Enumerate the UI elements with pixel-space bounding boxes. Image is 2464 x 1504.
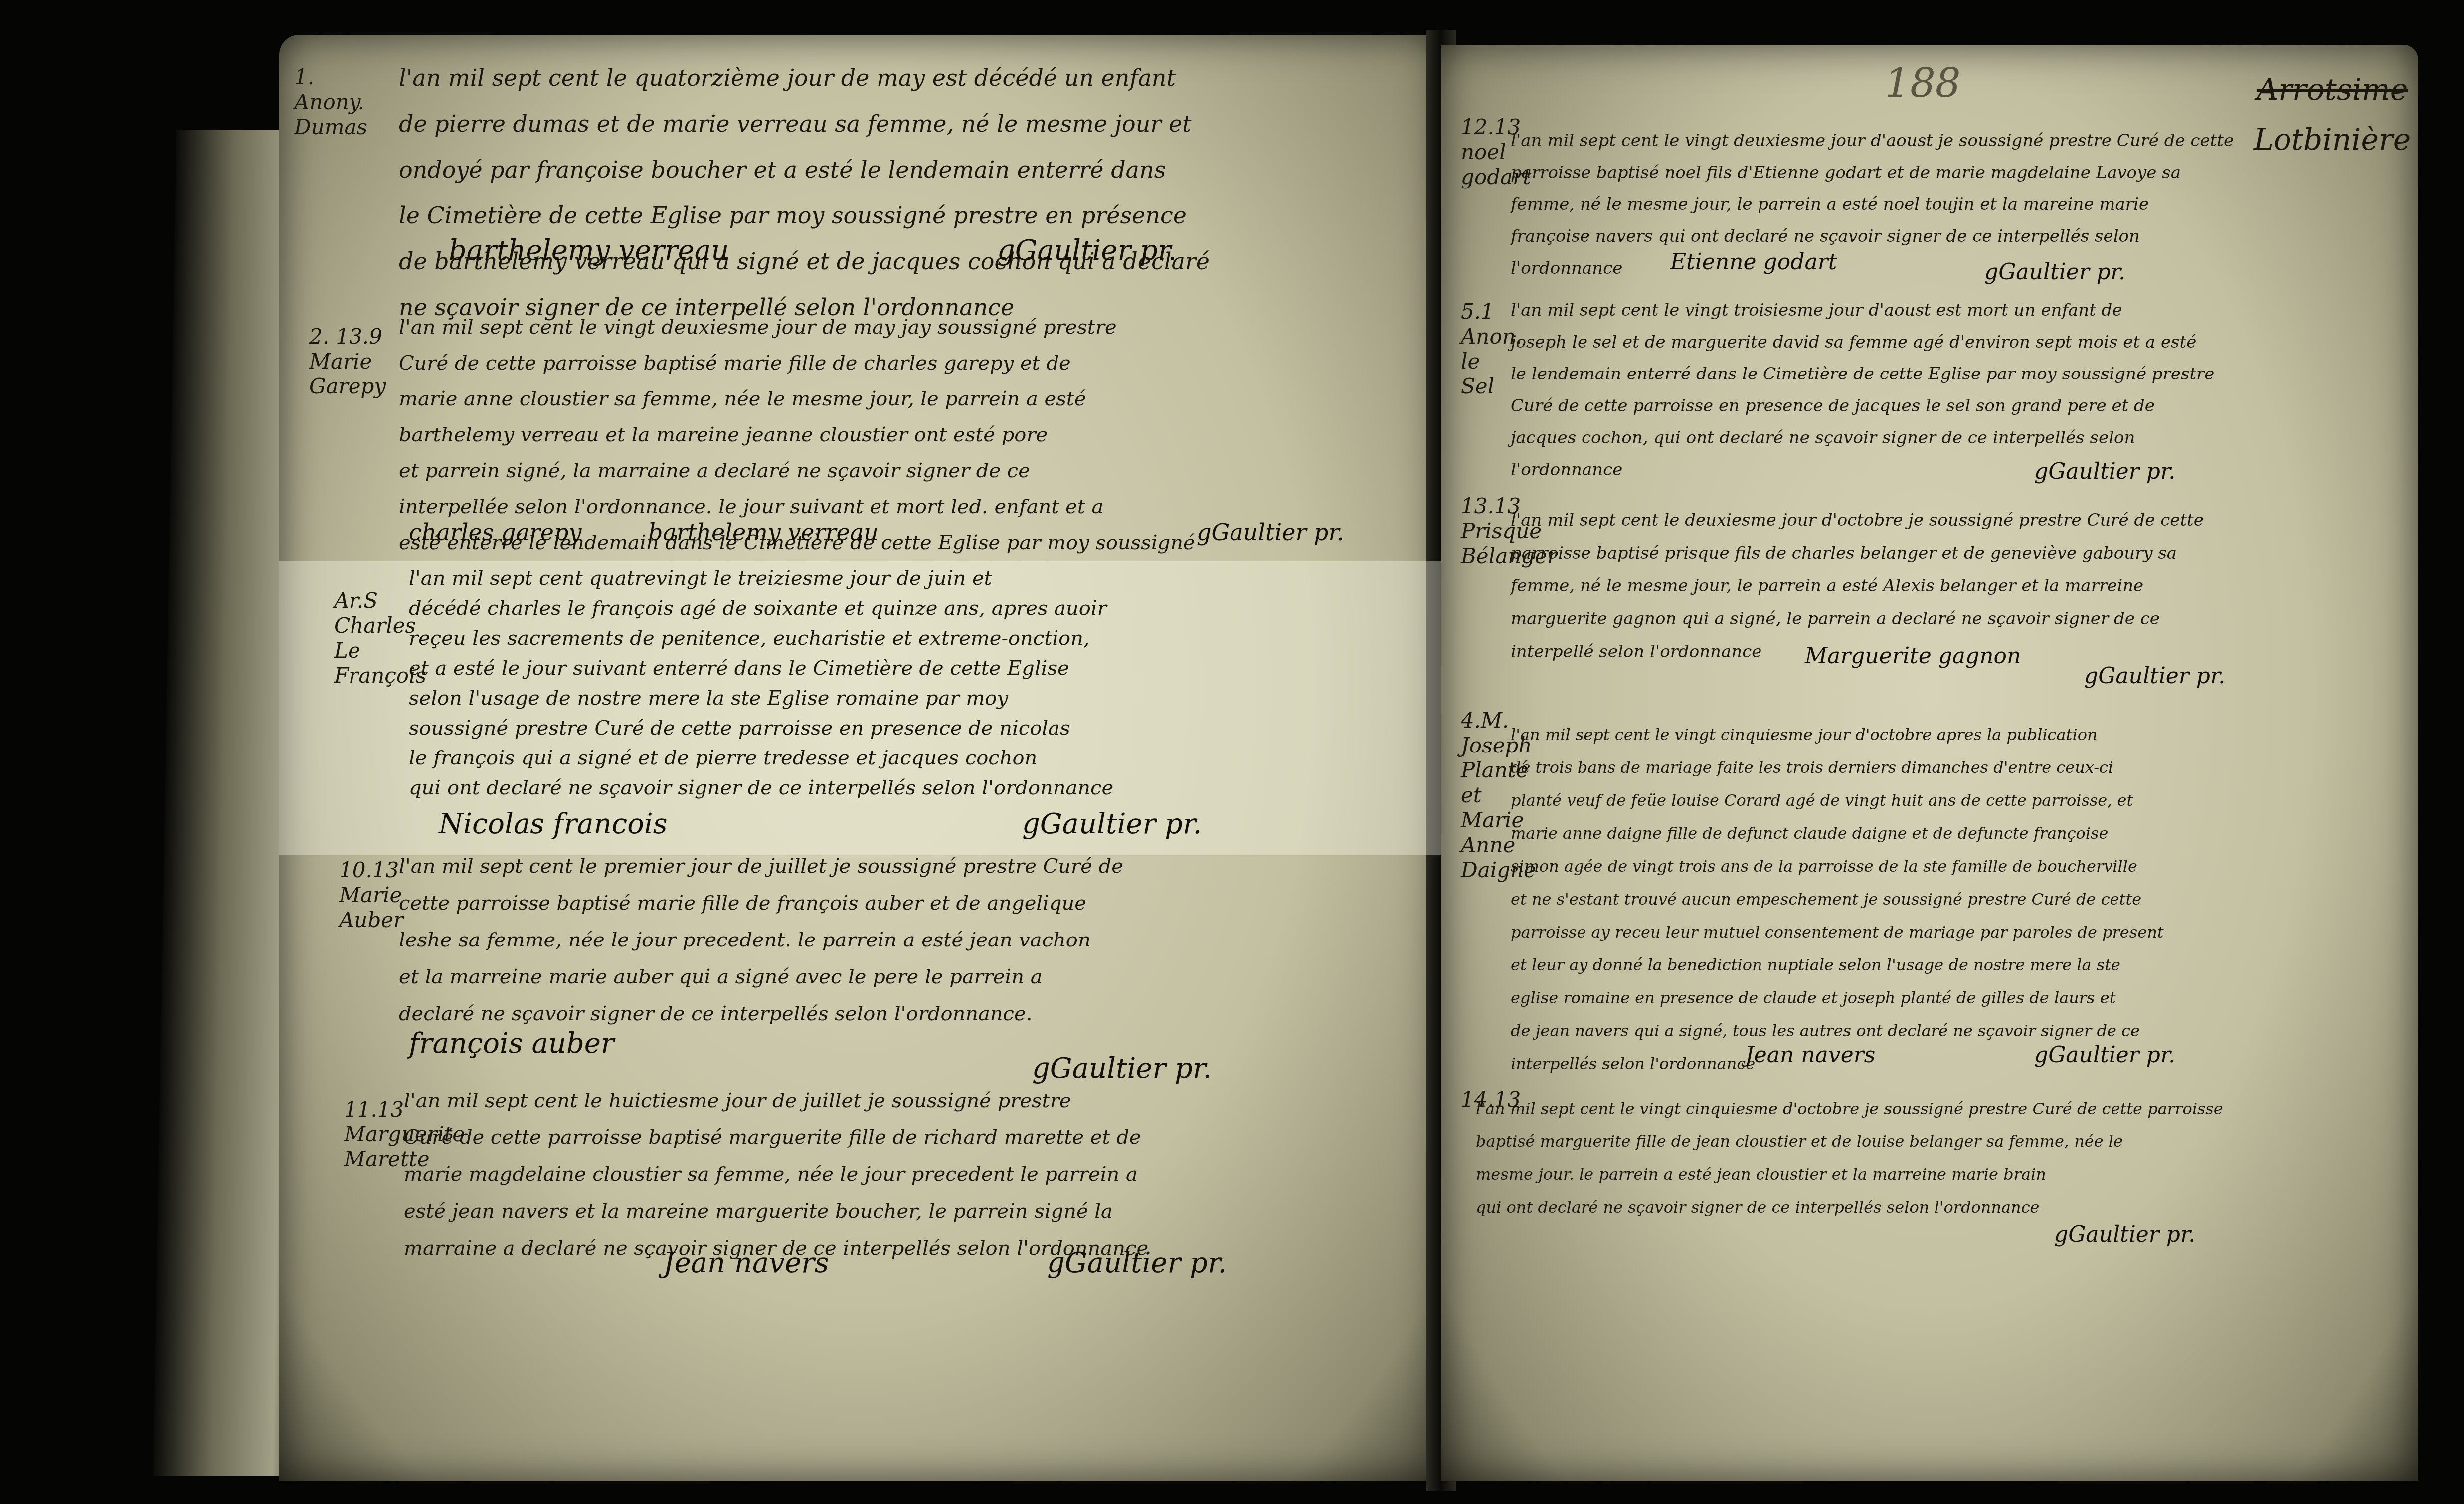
- margin-note: 13.13 Prisque Bélanger: [1461, 494, 1516, 568]
- register-entry: l'an mil sept cent le premier jour de ju…: [399, 848, 1123, 1032]
- signature: gGaultier pr.: [1197, 519, 1344, 546]
- entry-line: l'an mil sept cent le vingt cinquiesme d…: [1476, 1092, 2223, 1125]
- signature: Etienne godart: [1670, 249, 1837, 275]
- entry-line: l'an mil sept cent le vingt deuxiesme jo…: [1511, 125, 2234, 157]
- signature: Jean navers: [1745, 1042, 1875, 1068]
- entry-line: planté veuf de feüe louise Corard agé de…: [1511, 784, 2164, 817]
- signature: gGaultier pr.: [997, 234, 1177, 267]
- entry-line: esté jean navers et la mareine marguerit…: [404, 1193, 1148, 1230]
- entry-line: reçeu les sacrements de penitence, eucha…: [409, 623, 1113, 653]
- entry-line: mesme jour. le parrein a esté jean clous…: [1476, 1158, 2223, 1191]
- entry-line: le lendemain enterré dans le Cimetière d…: [1511, 358, 2214, 390]
- entry-line: l'an mil sept cent le quatorzième jour d…: [399, 55, 1210, 101]
- margin-note: 2. 13.9 Marie Garepy: [309, 324, 384, 399]
- entry-line: soussigné prestre Curé de cette parroiss…: [409, 713, 1113, 743]
- margin-note: 1. Anony. Dumas: [294, 65, 354, 140]
- signature: gGaultier pr.: [2034, 1042, 2175, 1068]
- register-entry: l'an mil sept cent quatrevingt le treizi…: [409, 564, 1113, 803]
- entry-line: l'an mil sept cent le huictiesme jour de…: [404, 1082, 1148, 1119]
- parish-header-name: Lotbinière: [2254, 115, 2411, 165]
- entry-line: barthelemy verreau et la mareine jeanne …: [399, 417, 1195, 453]
- signature: Nicolas francois: [439, 808, 668, 840]
- entry-line: l'an mil sept cent le premier jour de ju…: [399, 848, 1123, 885]
- margin-note: Ar.S Charles Le François: [334, 588, 394, 688]
- entry-line: baptisé marguerite fille de jean clousti…: [1476, 1125, 2223, 1158]
- entry-line: femme, né le mesme jour, le parrein a es…: [1511, 569, 2204, 602]
- entry-line: décédé charles le françois agé de soixan…: [409, 593, 1113, 623]
- entry-line: Curé de cette parroisse baptisé margueri…: [404, 1119, 1148, 1156]
- entry-line: de trois bans de mariage faite les trois…: [1511, 751, 2164, 784]
- signature: charles garepy: [409, 519, 581, 546]
- entry-line: l'an mil sept cent le deuxiesme jour d'o…: [1511, 504, 2204, 537]
- entry-line: parroisse baptisé prisque fils de charle…: [1511, 537, 2204, 569]
- entry-line: selon l'usage de nostre mere la ste Egli…: [409, 683, 1113, 713]
- entry-line: jacques cochon, qui ont declaré ne sçavo…: [1511, 422, 2214, 454]
- register-entry: l'an mil sept cent le vingt troisiesme j…: [1511, 294, 2214, 486]
- signature: gGaultier pr.: [2054, 1222, 2195, 1247]
- entry-line: l'an mil sept cent quatrevingt le treizi…: [409, 564, 1113, 593]
- entry-line: et a esté le jour suivant enterré dans l…: [409, 653, 1113, 683]
- entry-line: declaré ne sçavoir signer de ce interpel…: [399, 995, 1123, 1032]
- entry-line: françoise navers qui ont declaré ne sçav…: [1511, 220, 2234, 252]
- entry-line: Curé de cette parroisse baptisé marie fi…: [399, 345, 1195, 381]
- signature: Jean navers: [663, 1247, 829, 1279]
- entry-line: femme, né le mesme jour, le parrein a es…: [1511, 188, 2234, 220]
- entry-line: et leur ay donné la benediction nuptiale…: [1511, 948, 2164, 981]
- entry-line: cette parroisse baptisé marie fille de f…: [399, 885, 1123, 922]
- signature: gGaultier pr.: [1032, 1052, 1212, 1085]
- entry-line: Curé de cette parroisse en presence de j…: [1511, 390, 2214, 422]
- register-scan: 188 Arrotsime Lotbinière 1. Anony. Dumas…: [0, 0, 2464, 1504]
- entry-line: et la marreine marie auber qui a signé a…: [399, 958, 1123, 995]
- entry-line: l'an mil sept cent le vingt cinquiesme j…: [1511, 718, 2164, 751]
- signature: barthelemy verreau: [449, 234, 729, 267]
- entry-line: le Cimetière de cette Eglise par moy sou…: [399, 192, 1210, 238]
- margin-note: 4.M. Joseph Planté et Marie Anne Daigne: [1461, 708, 1516, 883]
- margin-note: 11.13 Marguerite Marette: [344, 1097, 404, 1172]
- margin-note: 5.1 Anon. le Sel: [1461, 299, 1516, 399]
- entry-line: qui ont declaré ne sçavoir signer de ce …: [1476, 1191, 2223, 1224]
- entry-line: simon agée de vingt trois ans de la parr…: [1511, 850, 2164, 883]
- entry-line: marie magdelaine cloustier sa femme, née…: [404, 1156, 1148, 1193]
- register-entry: l'an mil sept cent le vingt cinquiesme d…: [1476, 1092, 2223, 1224]
- entry-line: de pierre dumas et de marie verreau sa f…: [399, 101, 1210, 147]
- register-entry: l'an mil sept cent le huictiesme jour de…: [404, 1082, 1148, 1267]
- entry-line: qui ont declaré ne sçavoir signer de ce …: [409, 773, 1113, 803]
- signature: gGaultier pr.: [1022, 808, 1202, 840]
- signature: Marguerite gagnon: [1805, 643, 2021, 669]
- signature: gGaultier pr.: [2034, 459, 2175, 484]
- page-number: 188: [1885, 60, 1961, 106]
- signature: barthelemy verreau: [648, 519, 879, 546]
- entry-line: ondoyé par françoise boucher et a esté l…: [399, 147, 1210, 192]
- entry-line: et ne s'estant trouvé aucun empeschement…: [1511, 883, 2164, 916]
- parish-header-struck: Arrotsime: [2254, 65, 2411, 115]
- entry-line: l'an mil sept cent le vingt troisiesme j…: [1511, 294, 2214, 326]
- signature: gGaultier pr.: [1047, 1247, 1227, 1279]
- entry-line: le françois qui a signé et de pierre tre…: [409, 743, 1113, 773]
- entry-line: joseph le sel et de marguerite david sa …: [1511, 326, 2214, 358]
- entry-line: eglise romaine en presence de claude et …: [1511, 981, 2164, 1014]
- signature: gGaultier pr.: [1984, 259, 2125, 285]
- entry-line: parroisse baptisé noel fils d'Etienne go…: [1511, 157, 2234, 188]
- signature: gGaultier pr.: [2084, 663, 2225, 689]
- margin-note: 10.13 Marie Auber: [339, 858, 399, 933]
- entry-line: marie anne daigne fille de defunct claud…: [1511, 817, 2164, 850]
- entry-line: parroisse ay receu leur mutuel consentem…: [1511, 916, 2164, 948]
- margin-note: 12.13 noel godart: [1461, 115, 1516, 189]
- entry-line: l'an mil sept cent le vingt deuxiesme jo…: [399, 309, 1195, 345]
- entry-line: et parrein signé, la marraine a declaré …: [399, 453, 1195, 489]
- entry-line: leshe sa femme, née le jour precedent. l…: [399, 922, 1123, 958]
- register-entry: l'an mil sept cent le quatorzième jour d…: [399, 55, 1210, 330]
- entry-line: marguerite gagnon qui a signé, le parrei…: [1511, 602, 2204, 635]
- entry-line: marie anne cloustier sa femme, née le me…: [399, 381, 1195, 417]
- parish-header: Arrotsime Lotbinière: [2254, 65, 2411, 165]
- register-entry: l'an mil sept cent le vingt cinquiesme j…: [1511, 718, 2164, 1080]
- signature: françois auber: [409, 1027, 614, 1060]
